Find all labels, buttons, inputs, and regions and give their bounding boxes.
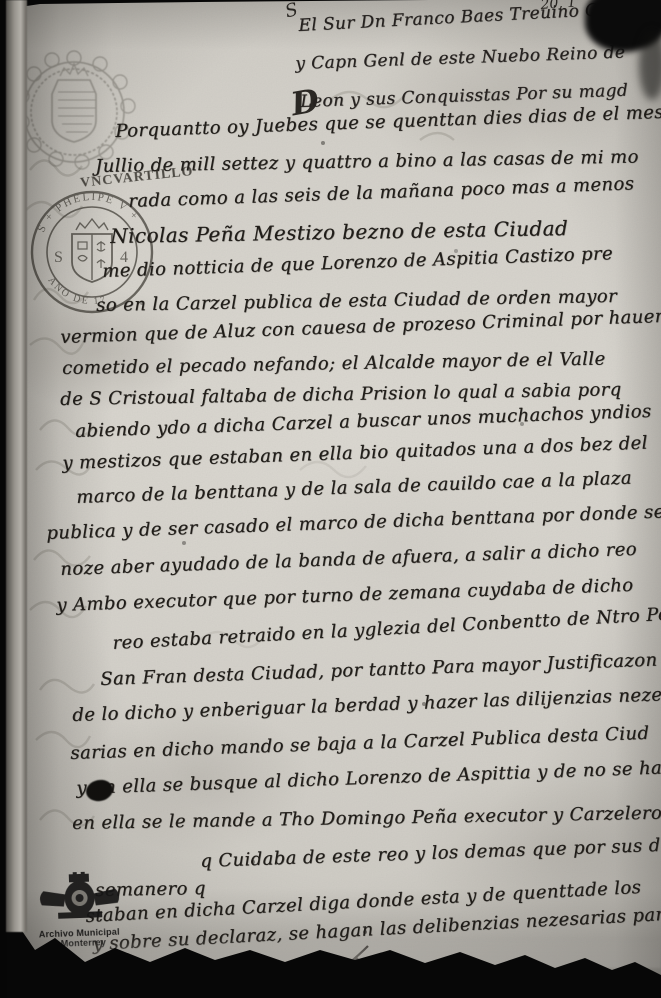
underlying-page-edge (6, 0, 27, 932)
document-scan: VNCVARTILLO S + PHELIPE V + ANO DE 17 (0, 0, 661, 998)
archive-stamp-crest (37, 871, 123, 926)
heading-line: El Sur Dn Franco Baes Treuino Goud (298, 0, 633, 36)
manuscript-line: me dio notticia de que Lorenzo de Aspiti… (102, 243, 613, 282)
seal-left-character: S (54, 249, 63, 266)
manuscript-line: publica y de ser casado el marco de dich… (46, 500, 661, 544)
torn-edge-highlight (60, 938, 661, 968)
manuscript-page: VNCVARTILLO S + PHELIPE V + ANO DE 17 (0, 0, 661, 998)
manuscript-line: San Fran desta Ciudad, por tantto Para m… (100, 650, 658, 690)
manuscript-line: Jullio de mill settez y quattro a bino a… (95, 147, 639, 177)
manuscript-line: rada como a las seis de la mañana poco m… (128, 173, 635, 212)
manuscript-line: Nicolas Peña Mestizo bezno de esta Ciuda… (110, 216, 568, 248)
manuscript-line: sarias en dicho mando se baja a la Carze… (70, 723, 650, 764)
manuscript-line: en ella se le mande a Tho Domingo Peña e… (72, 803, 661, 834)
heading-line: y Capn Genl de este Nuebo Reino de (295, 42, 626, 74)
manuscript-line: q Cuidaba de este reo y los demas que po… (200, 833, 661, 872)
manuscript-line: marco de la benttana y de la sala de cau… (76, 468, 632, 508)
manuscript-line: de lo dicho y enberiguar la berdad y haz… (72, 684, 661, 726)
manuscript-line: cometido el pecado nefando; el Alcalde m… (62, 349, 606, 379)
manuscript-line: noze aber ayudado de la banda de afuera,… (60, 539, 637, 580)
right-edge-shadow (639, 30, 661, 100)
manuscript-line: y en ella se busque al dicho Lorenzo de … (76, 757, 661, 799)
